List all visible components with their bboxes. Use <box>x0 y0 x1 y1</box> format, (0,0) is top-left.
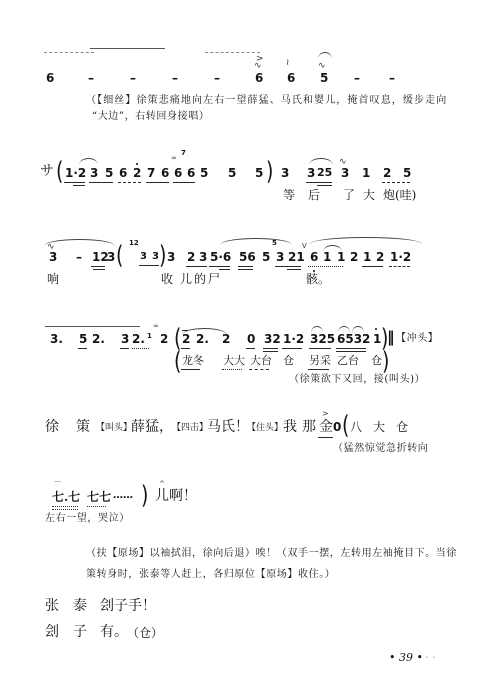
spoken-text: 有。 <box>100 625 128 639</box>
note: 6 <box>174 167 182 179</box>
note: 3 <box>107 251 115 263</box>
grace-mark-icon: ∞ <box>171 155 177 162</box>
beam-line <box>64 182 85 183</box>
percussion-syllable: 乙台 <box>337 355 359 366</box>
beam-line <box>336 348 366 349</box>
percussion-cue: 【冲头】 <box>396 334 438 344</box>
note: 1 <box>362 167 370 179</box>
beam-line <box>309 348 331 349</box>
note: 25 <box>317 167 332 178</box>
lyric: 响 <box>47 273 59 285</box>
fermata-icon: ⌒ <box>54 482 61 489</box>
grace-mark-icon: ∞ <box>153 323 159 330</box>
lyric: 大 <box>363 189 375 201</box>
beam-line <box>120 348 129 349</box>
note: 2 <box>182 333 190 345</box>
octave-dot <box>375 328 377 330</box>
note: 5 <box>320 72 328 84</box>
slur-continuation <box>90 48 165 49</box>
dash: – <box>88 72 94 84</box>
slur <box>310 237 422 244</box>
note: 5 <box>255 167 263 179</box>
note: 6 <box>310 251 318 263</box>
note: 5·6 <box>210 251 231 263</box>
beam-line <box>306 182 332 183</box>
beam-line <box>87 506 106 507</box>
note: 32 <box>264 333 281 345</box>
note: 2 <box>160 333 168 345</box>
beam-line <box>132 348 149 349</box>
beam-line <box>181 369 200 370</box>
lyric: 儿 <box>180 273 192 285</box>
grace-note: 7 <box>181 150 186 157</box>
rest: 0 <box>333 421 341 433</box>
mark-icon: ^ <box>159 481 165 488</box>
beam-line <box>336 351 366 352</box>
beam-line <box>91 266 105 267</box>
octave-dot <box>136 163 138 165</box>
slur-continuation <box>44 52 94 53</box>
stage-direction: 策转身时，张泰等人赶上，各归原位【原场】收住。） <box>86 570 335 580</box>
note: 3. <box>50 333 63 345</box>
beam-line <box>275 266 301 267</box>
scan-speck: · · <box>425 652 436 663</box>
slur <box>220 238 292 245</box>
beam-line <box>308 266 321 267</box>
dash: – <box>389 72 395 84</box>
grace-note: 1 <box>147 333 152 340</box>
tenuto-line <box>182 330 188 331</box>
percussion-syllable: 七七 <box>87 491 111 503</box>
dash: – <box>76 251 82 263</box>
note: 5 <box>105 167 113 179</box>
note: 1·2 <box>65 167 86 179</box>
percussion-syllable: 大台 <box>250 355 272 366</box>
speaker-name: 张 <box>45 599 59 613</box>
beam-line <box>308 369 329 370</box>
note: 3 <box>152 252 159 262</box>
note: 3 <box>341 167 349 179</box>
note: 2 <box>376 251 384 263</box>
note: 56 <box>239 251 256 263</box>
note: 21 <box>288 251 305 263</box>
beam-line <box>246 348 255 349</box>
speaker-name: 刽 <box>45 625 59 639</box>
breath-mark-icon: V <box>302 243 307 250</box>
beam-line <box>322 266 343 267</box>
percussion-cue: 【叫头】 <box>96 424 132 433</box>
note: 1 <box>363 251 371 263</box>
note: 1 <box>337 251 345 263</box>
beam-line <box>139 265 159 266</box>
beam-line <box>287 269 301 270</box>
lyric: 后 <box>308 189 320 201</box>
beam-line <box>362 266 383 267</box>
note: 6 <box>255 72 263 84</box>
note: 5 <box>403 167 411 179</box>
dash: – <box>214 72 220 84</box>
beam-line <box>382 182 410 183</box>
spoken-text: 薛猛， <box>131 420 173 434</box>
slur <box>79 158 98 165</box>
accent-icon: > <box>322 410 329 418</box>
percussion-cue: 【住头】 <box>247 424 283 433</box>
speaker-name: 泰 <box>73 599 87 613</box>
note: 3 <box>276 251 284 263</box>
double-barline: ‖ <box>387 330 395 345</box>
beam-line <box>181 348 190 349</box>
beam-line <box>186 266 207 267</box>
close-paren: ) <box>266 160 273 185</box>
note: 3 <box>307 167 315 179</box>
note: 5 <box>200 167 208 179</box>
note: 2. <box>132 333 145 345</box>
beam-line <box>263 348 278 349</box>
grace-note: 5 <box>272 240 277 247</box>
percussion-cue: （仓） <box>127 627 163 639</box>
beam-line <box>222 369 242 370</box>
beam-line <box>282 348 302 349</box>
note: 5 <box>262 251 270 263</box>
spoken-text: 我 <box>283 420 297 434</box>
lyric: 炮(哇) <box>383 189 416 201</box>
beam-line <box>78 348 87 349</box>
dash: – <box>354 72 360 84</box>
stage-direction: （扶【原场】以袖拭泪，徐向后退）唉！（双手一摆，左转用左袖掩目下。当徐 <box>86 549 457 559</box>
spoken-text: 刽子手！ <box>100 599 156 613</box>
open-paren: ( <box>56 160 63 185</box>
spoken-text: 那 <box>302 420 316 434</box>
note: 1·2 <box>283 333 304 345</box>
stage-direction: 左右一望，哭泣） <box>45 514 130 524</box>
note: 3 <box>49 251 57 263</box>
beam-line <box>389 266 410 267</box>
lyric: 收 <box>161 273 173 285</box>
beam-line <box>93 269 105 270</box>
beam-line <box>238 266 253 267</box>
slur-continuation <box>205 52 260 53</box>
trill-icon: ∿ <box>318 62 326 71</box>
note: 5 <box>79 333 87 345</box>
beam-line <box>249 369 269 370</box>
note: 1 <box>323 251 331 263</box>
beam-line <box>317 185 332 186</box>
speaker-name: 徐 <box>45 420 59 434</box>
lyric: 尸 <box>208 273 220 285</box>
note: 3 <box>199 251 207 263</box>
page-number: • 39 • <box>389 652 423 663</box>
beam-line <box>209 266 230 267</box>
beam-line <box>73 185 85 186</box>
note: 6 <box>161 167 169 179</box>
note: 2 <box>133 167 141 179</box>
note: 325 <box>310 333 335 345</box>
slur-continuation <box>45 326 140 327</box>
trill-icon: ∿ <box>254 62 262 71</box>
note: 5 <box>228 167 236 179</box>
close-paren: ) <box>382 350 389 375</box>
close-paren: ) <box>141 484 148 509</box>
lyric: 了 <box>343 189 355 201</box>
note: 7 <box>147 167 155 179</box>
note: 2. <box>196 333 209 345</box>
beam-line <box>52 509 78 510</box>
stage-direction: （猛然惊觉急折转向 <box>333 444 428 454</box>
note: 6532 <box>337 333 370 345</box>
percussion-syllable: 仓 <box>371 355 382 366</box>
percussion-syllable: 大大 <box>223 355 245 366</box>
slur <box>44 239 115 246</box>
percussion-syllable: 七.七 <box>52 491 80 503</box>
beam-line <box>52 506 78 507</box>
slur <box>309 158 333 165</box>
percussion-syllable: 仓 <box>283 355 294 366</box>
beam-line <box>263 351 278 352</box>
beam-line <box>219 269 230 270</box>
close-paren: ) <box>159 244 166 269</box>
beam-line <box>318 437 333 438</box>
note: 3 <box>121 333 129 345</box>
note: 3 <box>167 251 175 263</box>
note: 3 <box>90 167 98 179</box>
sung-syllable: 金 <box>319 420 333 434</box>
stage-direction: （【细丝】徐策悲痛地向左右一望薛猛、马氏和婴儿，掩首叹息，缓步走向 <box>86 96 447 106</box>
note: 2 <box>222 333 230 345</box>
beam-line <box>173 182 195 183</box>
lyric: 等 <box>283 189 295 201</box>
speaker-name: 策 <box>76 420 90 434</box>
note: 2 <box>187 251 195 263</box>
percussion-syllable: 大 <box>373 421 385 433</box>
beam-line <box>146 182 169 183</box>
speaker-name: 子 <box>73 625 87 639</box>
spoken-text: 儿啊！ <box>155 489 197 503</box>
score-page: 6 – – – – > ∿ 6 ≀ 6 ∿ 5 – – （【细丝】徐策悲痛地向左… <box>0 0 488 690</box>
lyric: 的 <box>194 273 206 285</box>
note: 2. <box>92 333 105 345</box>
lyric: 骸。 <box>306 273 330 285</box>
note: 6 <box>187 167 195 179</box>
slur <box>318 52 332 59</box>
percussion-syllable: 另采 <box>309 355 331 366</box>
note: 3 <box>281 167 289 179</box>
free-meter-sign: サ <box>40 164 54 178</box>
beam-line <box>118 182 141 183</box>
open-paren: ( <box>174 350 181 375</box>
percussion-syllable: 八 <box>350 421 362 433</box>
spoken-text: 马氏！ <box>207 420 249 434</box>
note: 0 <box>247 333 255 345</box>
percussion-syllable: 龙冬 <box>182 355 204 366</box>
open-paren: ( <box>116 244 123 269</box>
dash: – <box>172 72 178 84</box>
note: 1·2 <box>390 251 411 263</box>
note: 6 <box>119 167 127 179</box>
note: 6 <box>287 72 295 84</box>
dash: – <box>130 72 136 84</box>
percussion-syllable: 仓 <box>396 421 408 433</box>
open-paren: ( <box>342 414 349 439</box>
ellipsis: …… <box>113 491 133 501</box>
stage-direction: （徐策欲下又回，接(叫头)） <box>289 375 425 385</box>
stage-direction: “大边”，右转回身接唱） <box>92 112 209 122</box>
beam-line <box>238 269 253 270</box>
note: 3 <box>140 252 147 262</box>
note: 6 <box>46 72 54 84</box>
percussion-cue: 【四击】 <box>172 424 208 433</box>
beam-line <box>89 182 113 183</box>
grace-note: 12 <box>129 240 139 247</box>
note: 2 <box>350 251 358 263</box>
note: 2 <box>383 167 391 179</box>
grace-mark-icon: ≀ <box>286 59 289 68</box>
